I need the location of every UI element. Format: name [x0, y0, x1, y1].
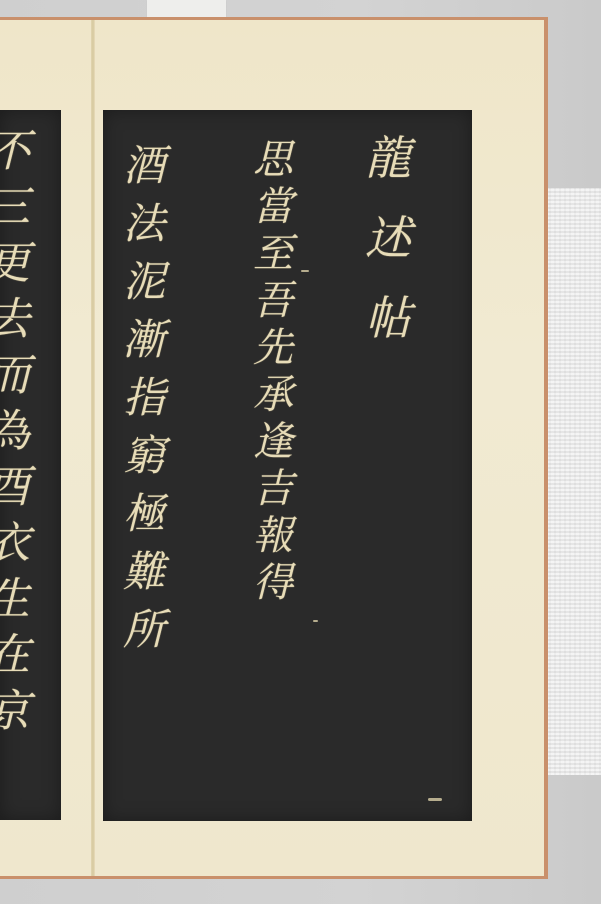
char: 酉	[0, 466, 30, 510]
left-page-column-1: 不 三 更 去 而 為 酉 衣 生 在 京	[0, 130, 30, 734]
foam-support	[546, 188, 601, 775]
char: 三	[0, 186, 30, 230]
text-column-3: 酒 法 泥 漸 指 窮 極 難 所	[123, 145, 165, 651]
char: 去	[0, 298, 30, 342]
char: 龍	[365, 135, 411, 181]
char: 生	[0, 578, 30, 622]
char: 不	[0, 130, 30, 174]
char: 逢	[253, 422, 293, 462]
char: 承	[253, 375, 293, 415]
text-column-2: 思 當 至 吾 先 承 逢 吉 報 得	[253, 140, 293, 603]
left-rubbing-panel: 不 三 更 去 而 為 酉 衣 生 在 京	[0, 110, 61, 820]
char: 指	[123, 377, 165, 419]
char: 更	[0, 242, 30, 286]
album: 不 三 更 去 而 為 酉 衣 生 在 京 龍 述 帖 思 當	[0, 17, 548, 879]
char: 述	[365, 215, 411, 261]
rubbing-speck	[301, 270, 309, 272]
char: 吾	[253, 281, 293, 321]
rubbing-speck	[428, 798, 442, 801]
rubbing-speck	[313, 620, 318, 622]
right-page: 龍 述 帖 思 當 至 吾 先 承 逢 吉 報 得 酒 法 泥 漸 指	[95, 20, 544, 876]
char: 至	[253, 234, 293, 274]
char: 報	[253, 516, 293, 556]
char: 思	[253, 140, 293, 180]
char: 法	[123, 203, 165, 245]
char: 在	[0, 634, 30, 678]
char: 當	[253, 187, 293, 227]
char: 泥	[123, 261, 165, 303]
char: 得	[253, 563, 293, 603]
char: 所	[123, 609, 165, 651]
char: 而	[0, 354, 30, 398]
char: 漸	[123, 319, 165, 361]
char: 難	[123, 551, 165, 593]
paper-tab	[147, 0, 226, 18]
char: 先	[253, 328, 293, 368]
char: 吉	[253, 469, 293, 509]
char: 極	[123, 493, 165, 535]
char: 衣	[0, 522, 30, 566]
char: 為	[0, 410, 30, 454]
char: 京	[0, 690, 30, 734]
char: 帖	[365, 295, 411, 341]
right-rubbing-panel: 龍 述 帖 思 當 至 吾 先 承 逢 吉 報 得 酒 法 泥 漸 指	[103, 110, 472, 821]
title-column: 龍 述 帖	[365, 135, 411, 341]
left-page: 不 三 更 去 而 為 酉 衣 生 在 京	[0, 20, 91, 876]
char: 酒	[123, 145, 165, 187]
char: 窮	[123, 435, 165, 477]
